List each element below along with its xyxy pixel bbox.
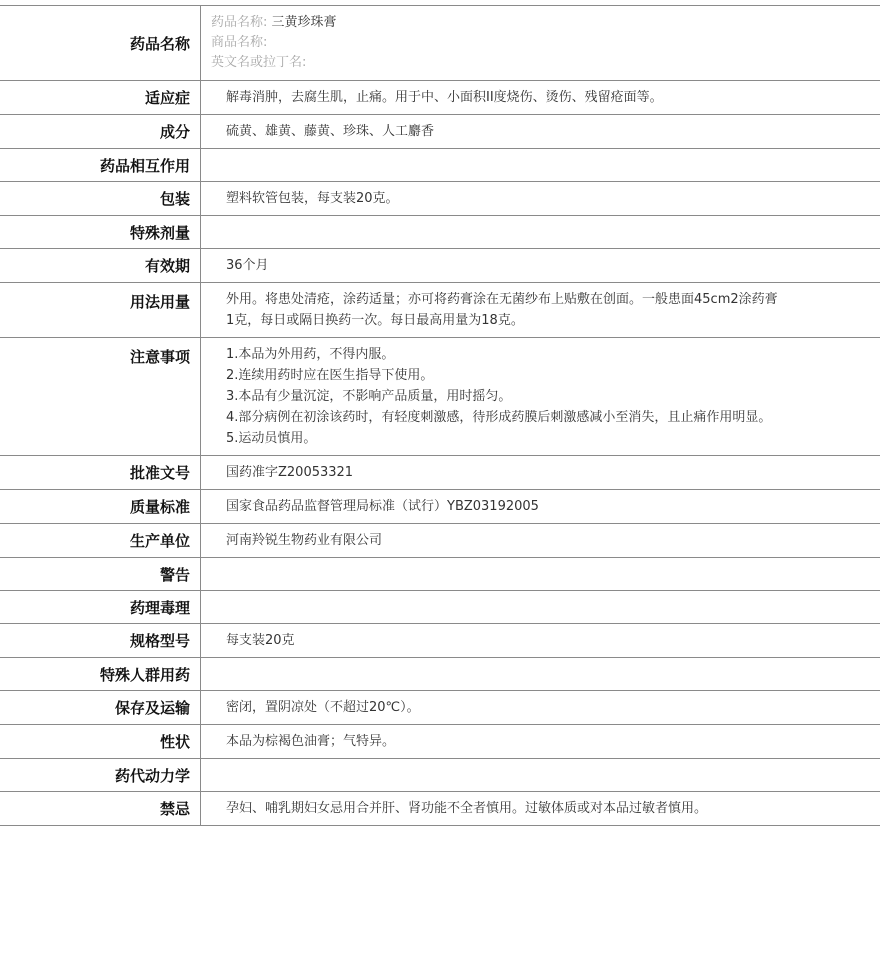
value-special-populations — [201, 658, 880, 691]
row-packaging: 包装 塑料软管包装，每支装20克。 — [0, 182, 880, 216]
row-special-populations: 特殊人群用药 — [0, 658, 880, 691]
value-ingredients: 硫黄、雄黄、藤黄、珍珠、人工麝香 — [201, 115, 880, 149]
row-shelf-life: 有效期 36个月 — [0, 249, 880, 283]
row-special-dosage: 特殊剂量 — [0, 216, 880, 249]
row-ingredients: 成分 硫黄、雄黄、藤黄、珍珠、人工麝香 — [0, 115, 880, 149]
value-shelf-life: 36个月 — [201, 249, 880, 283]
value-quality-standard: 国家食品药品监督管理局标准（试行）YBZ03192005 — [201, 490, 880, 524]
precaution-item: 1.本品为外用药，不得内服。 — [226, 344, 780, 365]
row-drug-name: 药品名称 药品名称: 三黄珍珠膏 商品名称: 英文名或拉丁名: — [0, 6, 880, 81]
row-specification: 规格型号 每支装20克 — [0, 624, 880, 658]
row-approval-number: 批准文号 国药准字Z20053321 — [0, 456, 880, 490]
label-specification: 规格型号 — [0, 624, 201, 658]
trade-name-label: 商品名称: — [211, 35, 267, 50]
value-approval-number: 国药准字Z20053321 — [201, 456, 880, 490]
row-interactions: 药品相互作用 — [0, 149, 880, 182]
label-quality-standard: 质量标准 — [0, 490, 201, 524]
value-specification: 每支装20克 — [201, 624, 880, 658]
value-manufacturer: 河南羚锐生物药业有限公司 — [201, 524, 880, 558]
value-indications: 解毒消肿，去腐生肌，止痛。用于中、小面积II度烧伤、烫伤、残留疮面等。 — [201, 81, 880, 115]
label-approval-number: 批准文号 — [0, 456, 201, 490]
precaution-item: 3.本品有少量沉淀，不影响产品质量，用时摇匀。 — [226, 386, 780, 407]
drug-spec-table: 药品名称 药品名称: 三黄珍珠膏 商品名称: 英文名或拉丁名: 适应症 解毒消肿… — [0, 5, 880, 826]
row-dosage: 用法用量 外用。将患处清疮，涂药适量；亦可将药膏涂在无菌纱布上贴敷在创面。一般患… — [0, 283, 880, 338]
row-manufacturer: 生产单位 河南羚锐生物药业有限公司 — [0, 524, 880, 558]
row-pharmacology: 药理毒理 — [0, 591, 880, 624]
label-precautions: 注意事项 — [0, 338, 201, 456]
generic-name-label: 药品名称: — [211, 15, 267, 30]
row-warning: 警告 — [0, 558, 880, 591]
value-packaging: 塑料软管包装，每支装20克。 — [201, 182, 880, 216]
value-dosage: 外用。将患处清疮，涂药适量；亦可将药膏涂在无菌纱布上贴敷在创面。一般患面45cm… — [201, 283, 880, 338]
label-pharmacology: 药理毒理 — [0, 591, 201, 624]
label-storage: 保存及运输 — [0, 691, 201, 725]
value-contraindications: 孕妇、哺乳期妇女忌用合并肝、肾功能不全者慎用。过敏体质或对本品过敏者慎用。 — [201, 792, 880, 826]
row-contraindications: 禁忌 孕妇、哺乳期妇女忌用合并肝、肾功能不全者慎用。过敏体质或对本品过敏者慎用。 — [0, 792, 880, 826]
value-special-dosage — [201, 216, 880, 249]
label-indications: 适应症 — [0, 81, 201, 115]
label-packaging: 包装 — [0, 182, 201, 216]
label-special-dosage: 特殊剂量 — [0, 216, 201, 249]
value-pharmacology — [201, 591, 880, 624]
label-warning: 警告 — [0, 558, 201, 591]
label-drug-name: 药品名称 — [0, 6, 201, 81]
precaution-item: 4.部分病例在初涂该药时，有轻度刺激感，待形成药膜后刺激感减小至消失，且止痛作用… — [226, 407, 780, 428]
precaution-item: 5.运动员慎用。 — [226, 428, 780, 449]
precaution-item: 2.连续用药时应在医生指导下使用。 — [226, 365, 780, 386]
label-shelf-life: 有效期 — [0, 249, 201, 283]
value-warning — [201, 558, 880, 591]
row-precautions: 注意事项 1.本品为外用药，不得内服。 2.连续用药时应在医生指导下使用。 3.… — [0, 338, 880, 456]
row-storage: 保存及运输 密闭，置阴凉处（不超过20℃）。 — [0, 691, 880, 725]
label-pharmacokinetics: 药代动力学 — [0, 759, 201, 792]
value-precautions: 1.本品为外用药，不得内服。 2.连续用药时应在医生指导下使用。 3.本品有少量… — [201, 338, 880, 456]
label-special-populations: 特殊人群用药 — [0, 658, 201, 691]
value-interactions — [201, 149, 880, 182]
english-name-label: 英文名或拉丁名: — [211, 55, 306, 70]
value-pharmacokinetics — [201, 759, 880, 792]
label-manufacturer: 生产单位 — [0, 524, 201, 558]
row-appearance: 性状 本品为棕褐色油膏；气特异。 — [0, 725, 880, 759]
label-interactions: 药品相互作用 — [0, 149, 201, 182]
row-indications: 适应症 解毒消肿，去腐生肌，止痛。用于中、小面积II度烧伤、烫伤、残留疮面等。 — [0, 81, 880, 115]
label-contraindications: 禁忌 — [0, 792, 201, 826]
label-ingredients: 成分 — [0, 115, 201, 149]
label-appearance: 性状 — [0, 725, 201, 759]
value-appearance: 本品为棕褐色油膏；气特异。 — [201, 725, 880, 759]
value-storage: 密闭，置阴凉处（不超过20℃）。 — [201, 691, 880, 725]
value-drug-name: 药品名称: 三黄珍珠膏 商品名称: 英文名或拉丁名: — [201, 6, 880, 81]
generic-name-value: 三黄珍珠膏 — [272, 15, 337, 30]
label-dosage: 用法用量 — [0, 283, 201, 338]
row-pharmacokinetics: 药代动力学 — [0, 759, 880, 792]
row-quality-standard: 质量标准 国家食品药品监督管理局标准（试行）YBZ03192005 — [0, 490, 880, 524]
